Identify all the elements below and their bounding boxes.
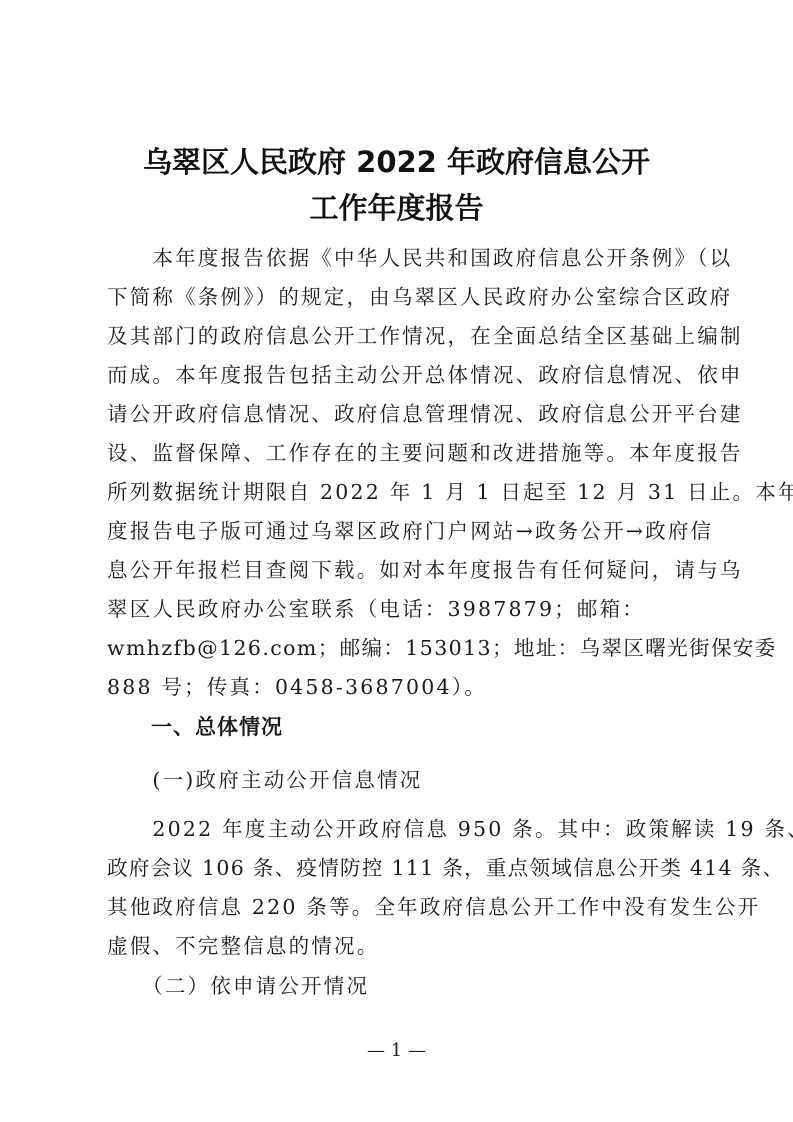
intro-line: 而成。本年度报告包括主动公开总体情况、政府信息情况、依申 xyxy=(107,361,707,389)
document-title-line2: 工作年度报告 xyxy=(0,186,793,227)
intro-line: 请公开政府信息情况、政府信息管理情况、政府信息公开平台建 xyxy=(107,400,707,428)
subsection-heading-proactive: (一)政府主动公开信息情况 xyxy=(107,766,707,794)
intro-line: wmhzfb@126.com；邮编：153013；地址：乌翠区曙光街保安委 xyxy=(107,634,707,662)
body-line: 政府会议 106 条、疫情防控 111 条，重点领域信息公开类 414 条、 xyxy=(107,854,707,882)
body-line: 其他政府信息 220 条等。全年政府信息公开工作中没有发生公开 xyxy=(107,893,707,921)
intro-line: 下简称《条例》）的规定，由乌翠区人民政府办公室综合区政府 xyxy=(107,283,707,311)
intro-line: 息公开年报栏目查阅下载。如对本年度报告有任何疑问，请与乌 xyxy=(107,556,707,584)
page-number: — 1 — xyxy=(0,1040,793,1061)
subsection-heading-application: （二）依申请公开情况 xyxy=(107,972,707,1000)
intro-line: 翠区人民政府办公室联系（电话：3987879；邮箱： xyxy=(107,595,707,623)
document-title-line1: 乌翠区人民政府 2022 年政府信息公开 xyxy=(0,140,793,181)
intro-line: 本年度报告依据《中华人民共和国政府信息公开条例》（以 xyxy=(107,244,707,272)
intro-line: 所列数据统计期限自 2022 年 1 月 1 日起至 12 月 31 日止。本年 xyxy=(107,478,707,506)
intro-line: 888 号；传真：0458-3687004）。 xyxy=(107,673,707,701)
body-line: 虚假、不完整信息的情况。 xyxy=(107,932,707,960)
body-line: 2022 年度主动公开政府信息 950 条。其中：政策解读 19 条、 xyxy=(107,815,707,843)
section-heading-overview: 一、总体情况 xyxy=(107,713,707,741)
intro-line: 度报告电子版可通过乌翠区政府门户网站→政务公开→政府信 xyxy=(107,517,707,545)
intro-line: 及其部门的政府信息公开工作情况，在全面总结全区基础上编制 xyxy=(107,322,707,350)
intro-line: 设、监督保障、工作存在的主要问题和改进措施等。本年度报告 xyxy=(107,439,707,467)
